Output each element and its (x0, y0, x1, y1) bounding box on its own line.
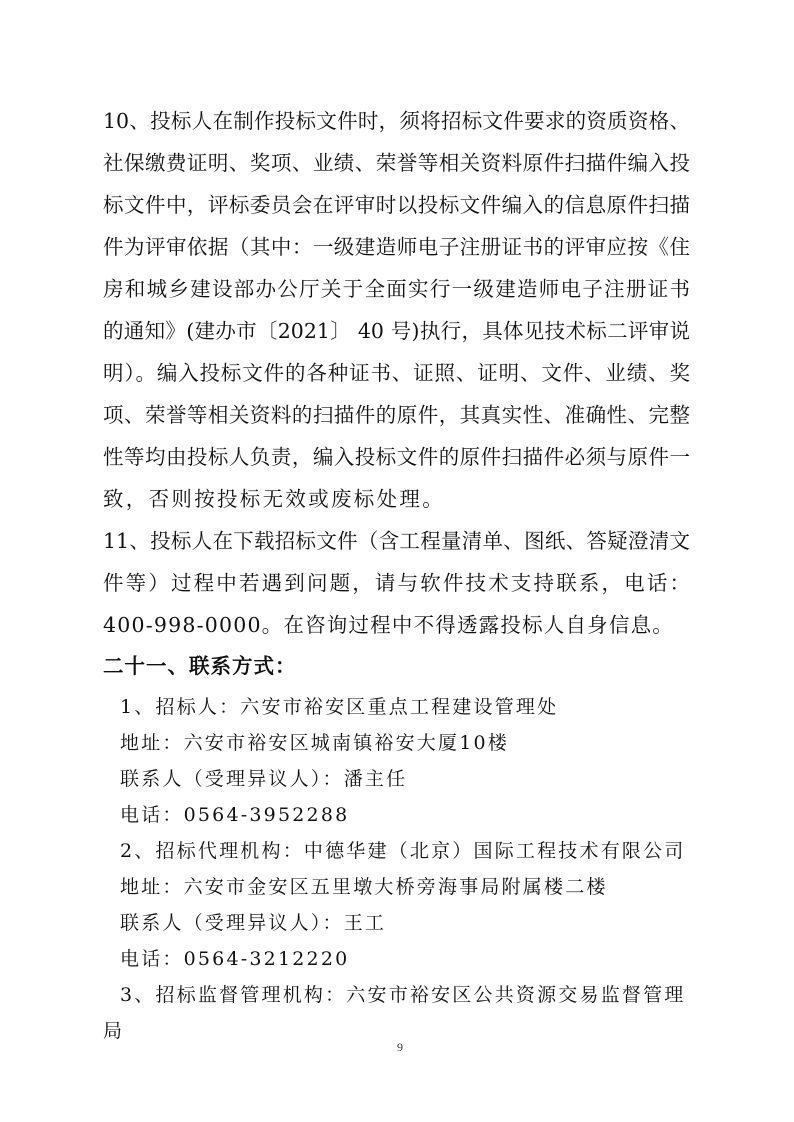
tenderer-contact-person: 联系人（受理异议人）：潘主任 (120, 765, 720, 793)
tenderer-phone: 电话：0564-3952288 (120, 801, 720, 829)
paragraph-line: 件为评审依据（其中：一级建造师电子注册证书的评审应按《住 (103, 233, 690, 261)
supervisor-title: 3、招标监督管理机构：六安市裕安区公共资源交易监督管理 (120, 981, 720, 1009)
paragraph-line: 11、投标人在下载招标文件（含工程量清单、图纸、答疑澄清文 (103, 527, 690, 555)
paragraph-line: 项、荣誉等相关资料的扫描件的原件，其真实性、准确性、完整 (103, 401, 690, 429)
agency-address: 地址：六安市金安区五里墩大桥旁海事局附属楼二楼 (120, 873, 720, 901)
paragraph-line: 400-998-0000。在咨询过程中不得透露投标人自身信息。 (103, 611, 703, 639)
paragraph-line: 性等均由投标人负责，编入投标文件的原件扫描件必须与原件一 (103, 443, 690, 471)
paragraph-line: 社保缴费证明、奖项、业绩、荣誉等相关资料原件扫描件编入投 (103, 149, 690, 177)
paragraph-line: 件等）过程中若遇到问题，请与软件技术支持联系，电话： (103, 569, 690, 597)
agency-phone: 电话：0564-3212220 (120, 945, 720, 973)
agency-contact-person: 联系人（受理异议人）：王工 (120, 909, 720, 937)
paragraph-line: 标文件中，评标委员会在评审时以投标文件编入的信息原件扫描 (103, 191, 690, 219)
paragraph-line: 致，否则按投标无效或废标处理。 (103, 485, 703, 513)
page-number: 9 (390, 1040, 410, 1055)
tenderer-title: 1、招标人：六安市裕安区重点工程建设管理处 (120, 693, 720, 721)
section-heading-contact: 二十一、联系方式： (103, 652, 703, 680)
paragraph-line: 房和城乡建设部办公厅关于全面实行一级建造师电子注册证书 (103, 275, 690, 303)
paragraph-line: 明）。编入投标文件的各种证书、证照、证明、文件、业绩、奖 (103, 359, 690, 387)
paragraph-line: 10、投标人在制作投标文件时，须将招标文件要求的资质资格、 (103, 107, 690, 135)
paragraph-line: 的通知》(建办市〔2021〕 40 号)执行，具体见技术标二评审说 (103, 317, 690, 345)
document-page: 10、投标人在制作投标文件时，须将招标文件要求的资质资格、 社保缴费证明、奖项、… (0, 0, 794, 1122)
agency-title: 2、招标代理机构：中德华建（北京）国际工程技术有限公司 (120, 837, 720, 865)
tenderer-address: 地址：六安市裕安区城南镇裕安大厦10楼 (120, 729, 720, 757)
